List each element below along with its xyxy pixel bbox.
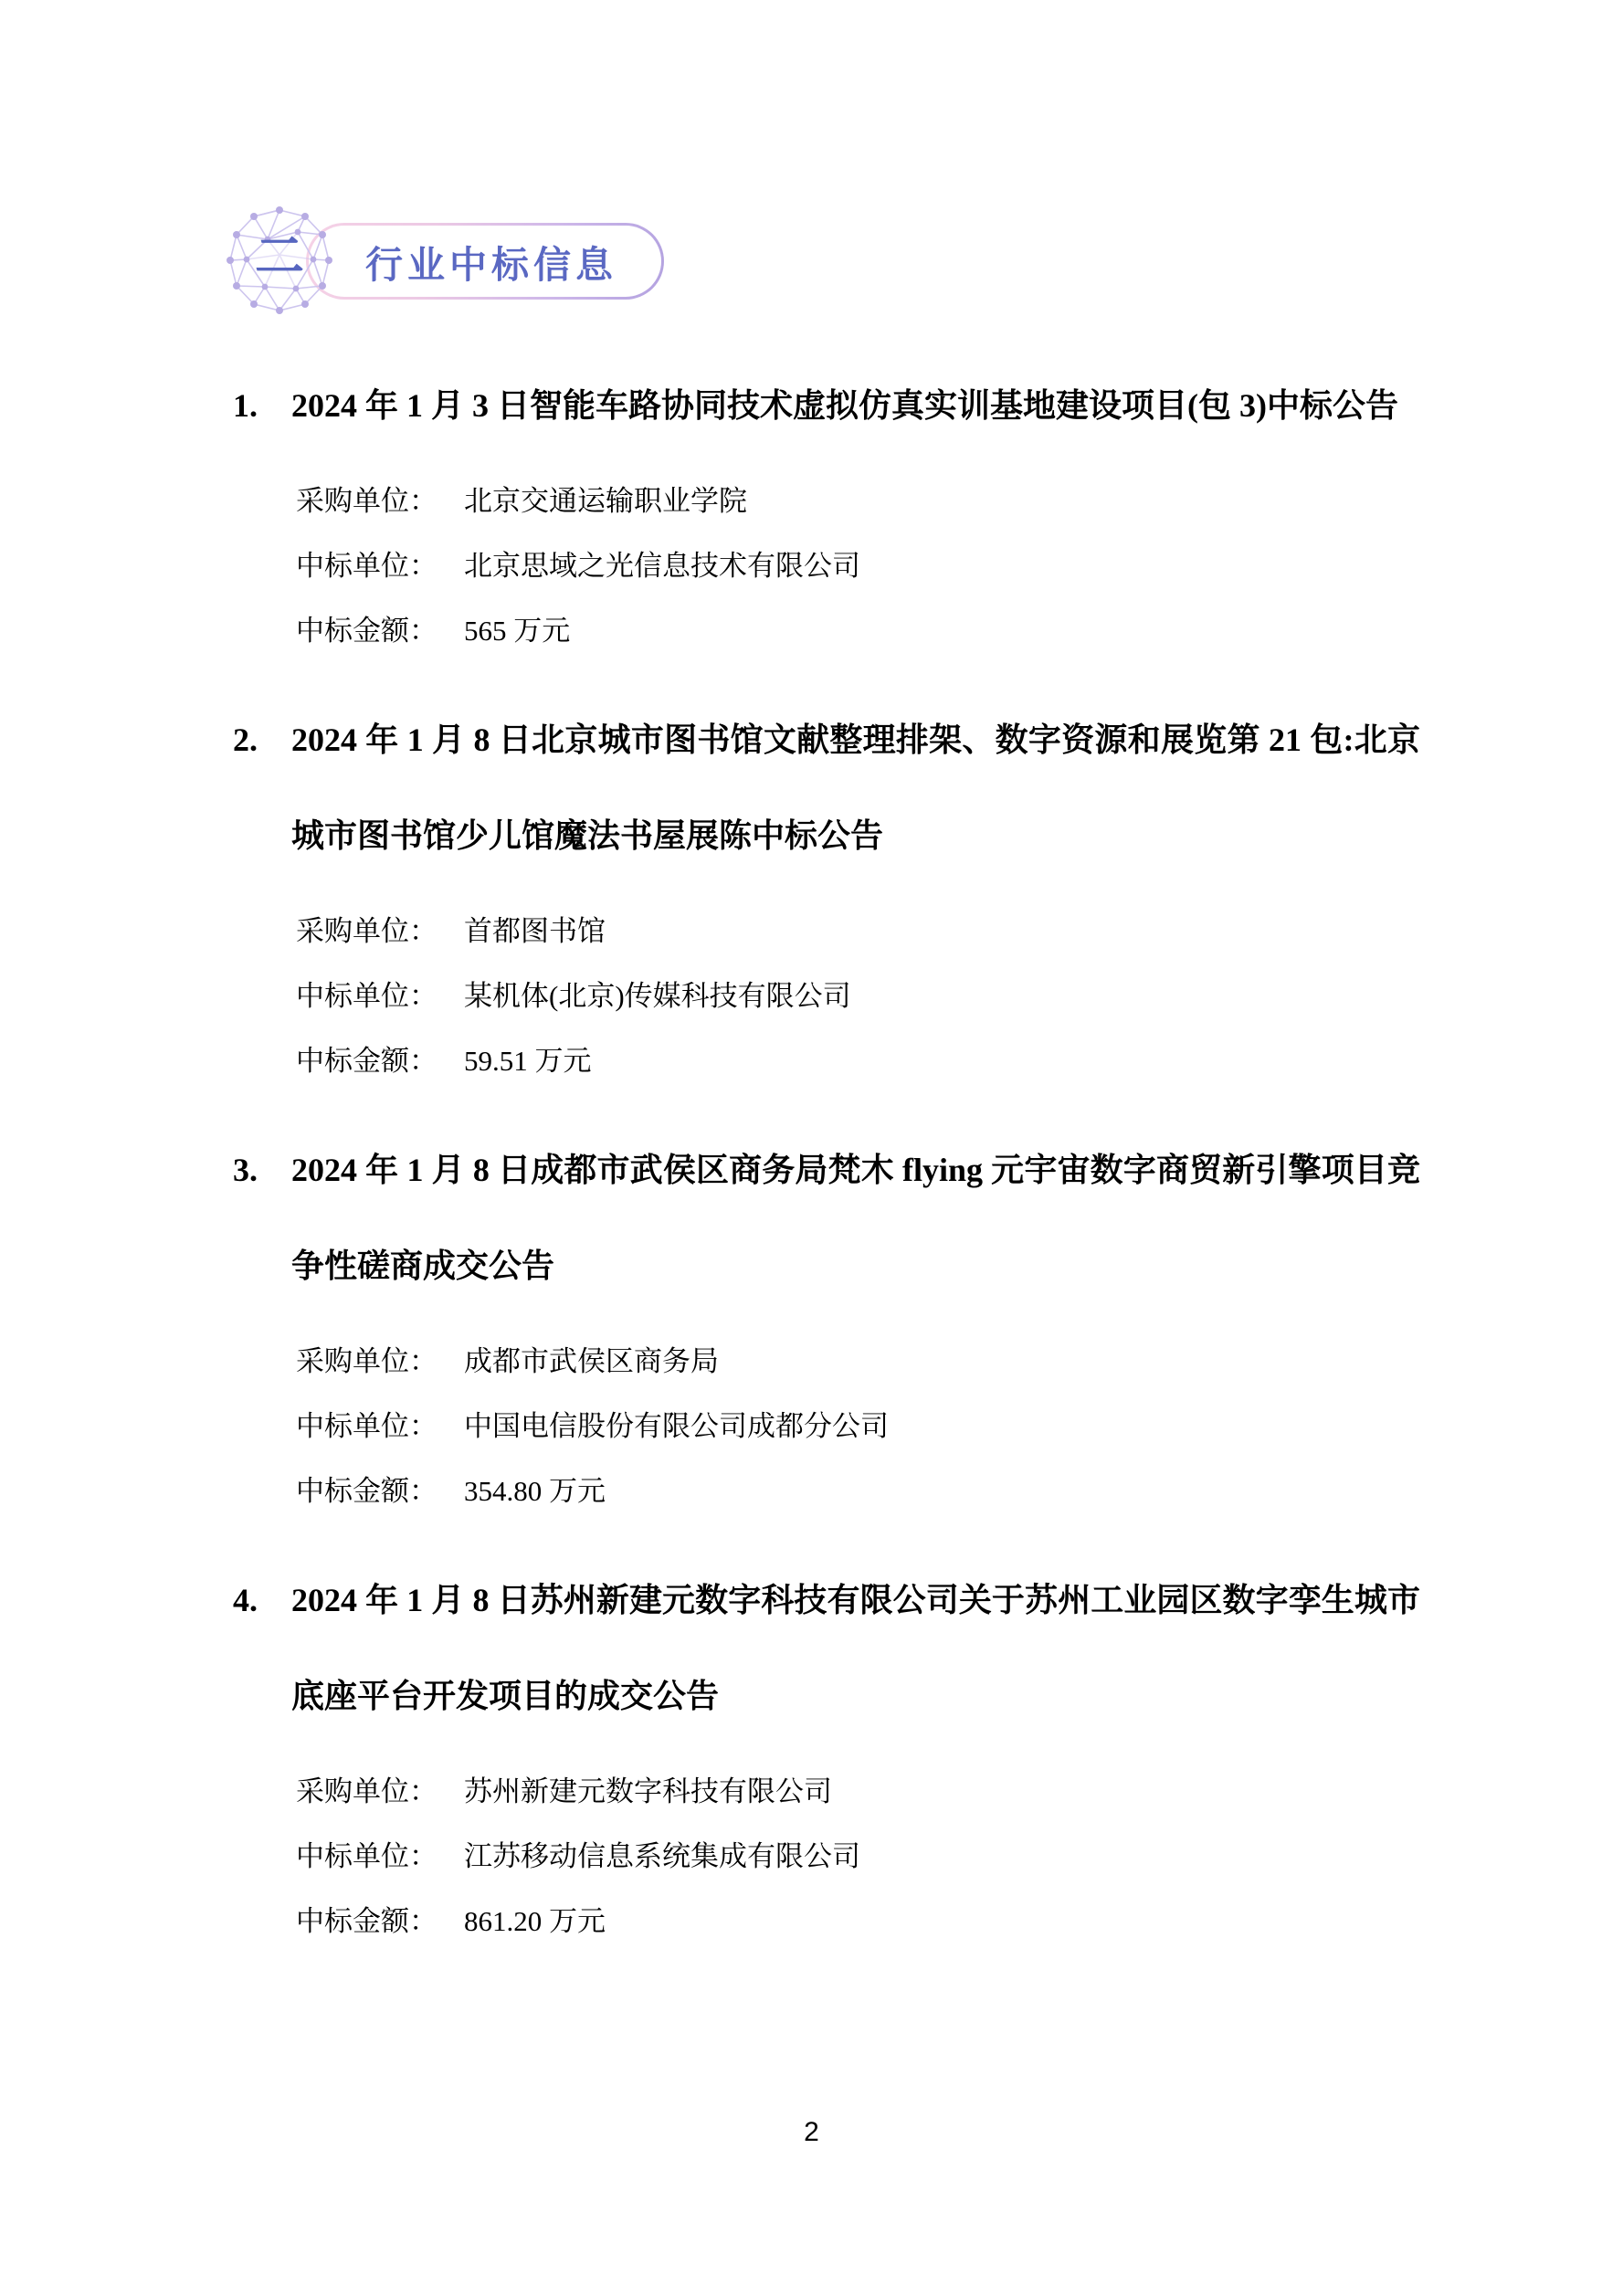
purchaser-label: 采购单位： xyxy=(296,899,464,964)
amount-label: 中标金额： xyxy=(296,1459,464,1523)
bid-item-details: 采购单位：北京交通运输职业学院 中标单位：北京思域之光信息技术有限公司 中标金额… xyxy=(233,469,1420,663)
amount-label: 中标金额： xyxy=(296,1028,464,1093)
bid-item-details: 采购单位：首都图书馆 中标单位：某机体(北京)传媒科技有限公司 中标金额：59.… xyxy=(233,899,1420,1093)
amount-label: 中标金额： xyxy=(296,598,464,663)
section-title-pill: 行业中标信息 xyxy=(306,223,664,300)
purchaser-value: 成都市武侯区商务局 xyxy=(464,1345,719,1377)
bid-item-title: 4. 2024 年 1 月 8 日苏州新建元数字科技有限公司关于苏州工业园区数字… xyxy=(233,1553,1420,1744)
winner-value: 某机体(北京)传媒科技有限公司 xyxy=(464,980,851,1012)
winner-row: 中标单位：中国电信股份有限公司成都分公司 xyxy=(296,1394,1420,1459)
bid-item: 2. 2024 年 1 月 8 日北京城市图书馆文献整理排架、数字资源和展览第 … xyxy=(233,692,1420,1093)
amount-value: 354.80 万元 xyxy=(464,1475,606,1507)
item-number: 4. xyxy=(233,1553,291,1744)
bid-item-title: 3. 2024 年 1 月 8 日成都市武侯区商务局梵木 flying 元宇宙数… xyxy=(233,1122,1420,1314)
bid-item: 4. 2024 年 1 月 8 日苏州新建元数字科技有限公司关于苏州工业园区数字… xyxy=(233,1553,1420,1954)
purchaser-value: 首都图书馆 xyxy=(464,915,606,947)
amount-row: 中标金额：354.80 万元 xyxy=(296,1459,1420,1523)
winner-label: 中标单位： xyxy=(296,1394,464,1459)
winner-label: 中标单位： xyxy=(296,964,464,1028)
item-title-text: 2024 年 1 月 8 日成都市武侯区商务局梵木 flying 元宇宙数字商贸… xyxy=(291,1122,1420,1314)
item-number: 3. xyxy=(233,1122,291,1314)
purchaser-value: 苏州新建元数字科技有限公司 xyxy=(464,1775,832,1807)
item-title-text: 2024 年 1 月 3 日智能车路协同技术虚拟仿真实训基地建设项目(包 3)中… xyxy=(291,358,1420,454)
amount-value: 59.51 万元 xyxy=(464,1045,592,1077)
item-number: 1. xyxy=(233,358,291,454)
amount-label: 中标金额： xyxy=(296,1889,464,1954)
winner-value: 中国电信股份有限公司成都分公司 xyxy=(464,1410,889,1442)
bid-item-details: 采购单位：成都市武侯区商务局 中标单位：中国电信股份有限公司成都分公司 中标金额… xyxy=(233,1329,1420,1523)
winner-value: 北京思域之光信息技术有限公司 xyxy=(464,550,860,582)
bid-item-title: 2. 2024 年 1 月 8 日北京城市图书馆文献整理排架、数字资源和展览第 … xyxy=(233,692,1420,884)
purchaser-label: 采购单位： xyxy=(296,1329,464,1394)
winner-value: 江苏移动信息系统集成有限公司 xyxy=(464,1840,860,1872)
purchaser-label: 采购单位： xyxy=(296,469,464,533)
winner-label: 中标单位： xyxy=(296,1824,464,1889)
section-number: 二 xyxy=(254,228,305,285)
amount-row: 中标金额：861.20 万元 xyxy=(296,1889,1420,1954)
purchaser-value: 北京交通运输职业学院 xyxy=(464,485,747,517)
amount-value: 565 万元 xyxy=(464,615,570,647)
purchaser-row: 采购单位：成都市武侯区商务局 xyxy=(296,1329,1420,1394)
item-number: 2. xyxy=(233,692,291,884)
network-sphere-icon: 二 xyxy=(224,203,335,318)
section-header-badge: 行业中标信息 xyxy=(224,208,1420,311)
item-title-text: 2024 年 1 月 8 日苏州新建元数字科技有限公司关于苏州工业园区数字孪生城… xyxy=(291,1553,1420,1744)
purchaser-label: 采购单位： xyxy=(296,1759,464,1824)
amount-value: 861.20 万元 xyxy=(464,1905,606,1937)
bid-item: 3. 2024 年 1 月 8 日成都市武侯区商务局梵木 flying 元宇宙数… xyxy=(233,1122,1420,1523)
amount-row: 中标金额：59.51 万元 xyxy=(296,1028,1420,1093)
document-page: 行业中标信息 xyxy=(0,0,1623,2296)
item-title-text: 2024 年 1 月 8 日北京城市图书馆文献整理排架、数字资源和展览第 21 … xyxy=(291,692,1420,884)
page-number: 2 xyxy=(0,2117,1623,2148)
bid-item-title: 1. 2024 年 1 月 3 日智能车路协同技术虚拟仿真实训基地建设项目(包 … xyxy=(233,358,1420,454)
page-content: 行业中标信息 xyxy=(233,208,1420,1983)
section-title: 行业中标信息 xyxy=(365,235,617,289)
winner-label: 中标单位： xyxy=(296,533,464,598)
bid-item-details: 采购单位：苏州新建元数字科技有限公司 中标单位：江苏移动信息系统集成有限公司 中… xyxy=(233,1759,1420,1954)
winner-row: 中标单位：某机体(北京)传媒科技有限公司 xyxy=(296,964,1420,1028)
purchaser-row: 采购单位：北京交通运输职业学院 xyxy=(296,469,1420,533)
amount-row: 中标金额：565 万元 xyxy=(296,598,1420,663)
purchaser-row: 采购单位：首都图书馆 xyxy=(296,899,1420,964)
winner-row: 中标单位：北京思域之光信息技术有限公司 xyxy=(296,533,1420,598)
bid-item: 1. 2024 年 1 月 3 日智能车路协同技术虚拟仿真实训基地建设项目(包 … xyxy=(233,358,1420,663)
purchaser-row: 采购单位：苏州新建元数字科技有限公司 xyxy=(296,1759,1420,1824)
winner-row: 中标单位：江苏移动信息系统集成有限公司 xyxy=(296,1824,1420,1889)
